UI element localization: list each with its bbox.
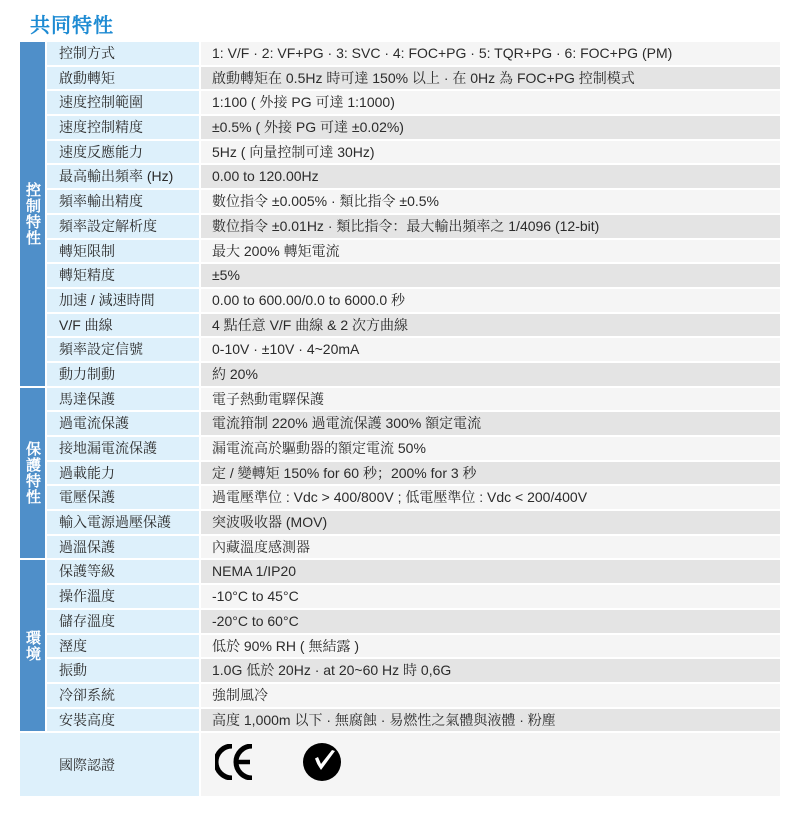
spec-value: 內藏溫度感測器 bbox=[201, 536, 780, 559]
spec-value: NEMA 1/IP20 bbox=[201, 560, 780, 583]
spec-value: 0-10V · ±10V · 4~20mA bbox=[201, 338, 780, 361]
spec-value: 最大 200% 轉矩電流 bbox=[201, 240, 780, 263]
spec-label: V/F 曲線 bbox=[47, 314, 199, 337]
spec-value: 0.00 to 120.00Hz bbox=[201, 165, 780, 188]
spec-section: 控制特性控制方式啟動轉矩速度控制範圍速度控制精度速度反應能力最高輸出頻率 (Hz… bbox=[20, 42, 781, 386]
spec-value: ±0.5% ( 外接 PG 可達 ±0.02%) bbox=[201, 116, 780, 139]
spec-value: 低於 90% RH ( 無結露 ) bbox=[201, 635, 780, 658]
spec-label: 冷卻系統 bbox=[47, 684, 199, 707]
page-title: 共同特性 bbox=[30, 9, 114, 38]
spec-value: 強制風冷 bbox=[201, 684, 780, 707]
spec-value: 約 20% bbox=[201, 363, 780, 386]
spec-label: 轉矩限制 bbox=[47, 240, 199, 263]
spec-label: 動力制動 bbox=[47, 363, 199, 386]
c-tick-mark-icon bbox=[302, 742, 342, 787]
spec-value: 1:100 ( 外接 PG 可達 1:1000) bbox=[201, 91, 780, 114]
label-column: 保護等級操作溫度儲存溫度溼度振動冷卻系統安裝高度 bbox=[47, 560, 199, 731]
spec-value: 電子熱動電驛保護 bbox=[201, 388, 780, 411]
spec-label: 頻率輸出精度 bbox=[47, 190, 199, 213]
spec-label: 操作溫度 bbox=[47, 585, 199, 608]
spec-value: 0.00 to 600.00/0.0 to 6000.0 秒 bbox=[201, 289, 780, 312]
spec-label: 馬達保護 bbox=[47, 388, 199, 411]
value-column: 1: V/F · 2: VF+PG · 3: SVC · 4: FOC+PG ·… bbox=[201, 42, 780, 386]
spec-value: 4 點任意 V/F 曲線 & 2 次方曲線 bbox=[201, 314, 780, 337]
spec-label: 過載能力 bbox=[47, 462, 199, 485]
spec-value: 漏電流高於驅動器的額定電流 50% bbox=[201, 437, 780, 460]
label-column: 馬達保護過電流保護接地漏電流保護過載能力電壓保護輸入電源過壓保護過溫保護 bbox=[47, 388, 199, 559]
spec-value: 突波吸收器 (MOV) bbox=[201, 511, 780, 534]
spec-label: 速度反應能力 bbox=[47, 141, 199, 164]
value-column: NEMA 1/IP20-10°C to 45°C-20°C to 60°C低於 … bbox=[201, 560, 780, 731]
spec-label: 電壓保護 bbox=[47, 486, 199, 509]
section-heading: 環境 bbox=[20, 560, 45, 731]
section-heading: 控制特性 bbox=[20, 42, 45, 386]
spec-value: 啟動轉矩在 0.5Hz 時可達 150% 以上 · 在 0Hz 為 FOC+PG… bbox=[201, 67, 780, 90]
spec-label: 速度控制精度 bbox=[47, 116, 199, 139]
spec-section: 保護特性馬達保護過電流保護接地漏電流保護過載能力電壓保護輸入電源過壓保護過溫保護… bbox=[20, 388, 781, 559]
spec-label: 最高輸出頻率 (Hz) bbox=[47, 165, 199, 188]
spec-label: 輸入電源過壓保護 bbox=[47, 511, 199, 534]
spec-label: 過溫保護 bbox=[47, 536, 199, 559]
certification-value bbox=[201, 733, 780, 796]
spec-label: 保護等級 bbox=[47, 560, 199, 583]
ce-mark-icon bbox=[215, 744, 255, 785]
spec-value: ±5% bbox=[201, 264, 780, 287]
spec-label: 儲存溫度 bbox=[47, 610, 199, 633]
spec-section: 環境保護等級操作溫度儲存溫度溼度振動冷卻系統安裝高度NEMA 1/IP20-10… bbox=[20, 560, 781, 731]
spec-value: 數位指令 ±0.005% · 類比指令 ±0.5% bbox=[201, 190, 780, 213]
spec-label: 接地漏電流保護 bbox=[47, 437, 199, 460]
spec-label: 頻率設定信號 bbox=[47, 338, 199, 361]
spec-value: 數位指令 ±0.01Hz · 類比指令：最大輸出頻率之 1/4096 (12-b… bbox=[201, 215, 780, 238]
value-column: 電子熱動電驛保護電流箝制 220% 過電流保護 300% 額定電流漏電流高於驅動… bbox=[201, 388, 780, 559]
label-column: 控制方式啟動轉矩速度控制範圍速度控制精度速度反應能力最高輸出頻率 (Hz)頻率輸… bbox=[47, 42, 199, 386]
spec-value: 電流箝制 220% 過電流保護 300% 額定電流 bbox=[201, 412, 780, 435]
spec-label: 加速 / 減速時間 bbox=[47, 289, 199, 312]
spec-label: 頻率設定解析度 bbox=[47, 215, 199, 238]
spec-label: 轉矩精度 bbox=[47, 264, 199, 287]
certification-row: 國際認證 bbox=[20, 733, 781, 796]
spec-value: 過電壓準位 : Vdc > 400/800V ; 低電壓準位 : Vdc < 2… bbox=[201, 486, 780, 509]
spec-label: 溼度 bbox=[47, 635, 199, 658]
spec-table: 控制特性控制方式啟動轉矩速度控制範圍速度控制精度速度反應能力最高輸出頻率 (Hz… bbox=[20, 42, 781, 796]
spec-value: 1: V/F · 2: VF+PG · 3: SVC · 4: FOC+PG ·… bbox=[201, 42, 780, 65]
spec-value: 5Hz ( 向量控制可達 30Hz) bbox=[201, 141, 780, 164]
spec-label: 控制方式 bbox=[47, 42, 199, 65]
spec-label: 安裝高度 bbox=[47, 709, 199, 732]
spec-value: -20°C to 60°C bbox=[201, 610, 780, 633]
spec-value: 高度 1,000m 以下 · 無腐蝕 · 易燃性之氣體與液體 · 粉塵 bbox=[201, 709, 780, 732]
spec-value: -10°C to 45°C bbox=[201, 585, 780, 608]
certification-label: 國際認證 bbox=[20, 733, 199, 796]
spec-value: 定 / 變轉矩 150% for 60 秒；200% for 3 秒 bbox=[201, 462, 780, 485]
spec-label: 速度控制範圍 bbox=[47, 91, 199, 114]
section-heading: 保護特性 bbox=[20, 388, 45, 559]
spec-value: 1.0G 低於 20Hz · at 20~60 Hz 時 0,6G bbox=[201, 659, 780, 682]
spec-label: 啟動轉矩 bbox=[47, 67, 199, 90]
spec-label: 振動 bbox=[47, 659, 199, 682]
spec-label: 過電流保護 bbox=[47, 412, 199, 435]
